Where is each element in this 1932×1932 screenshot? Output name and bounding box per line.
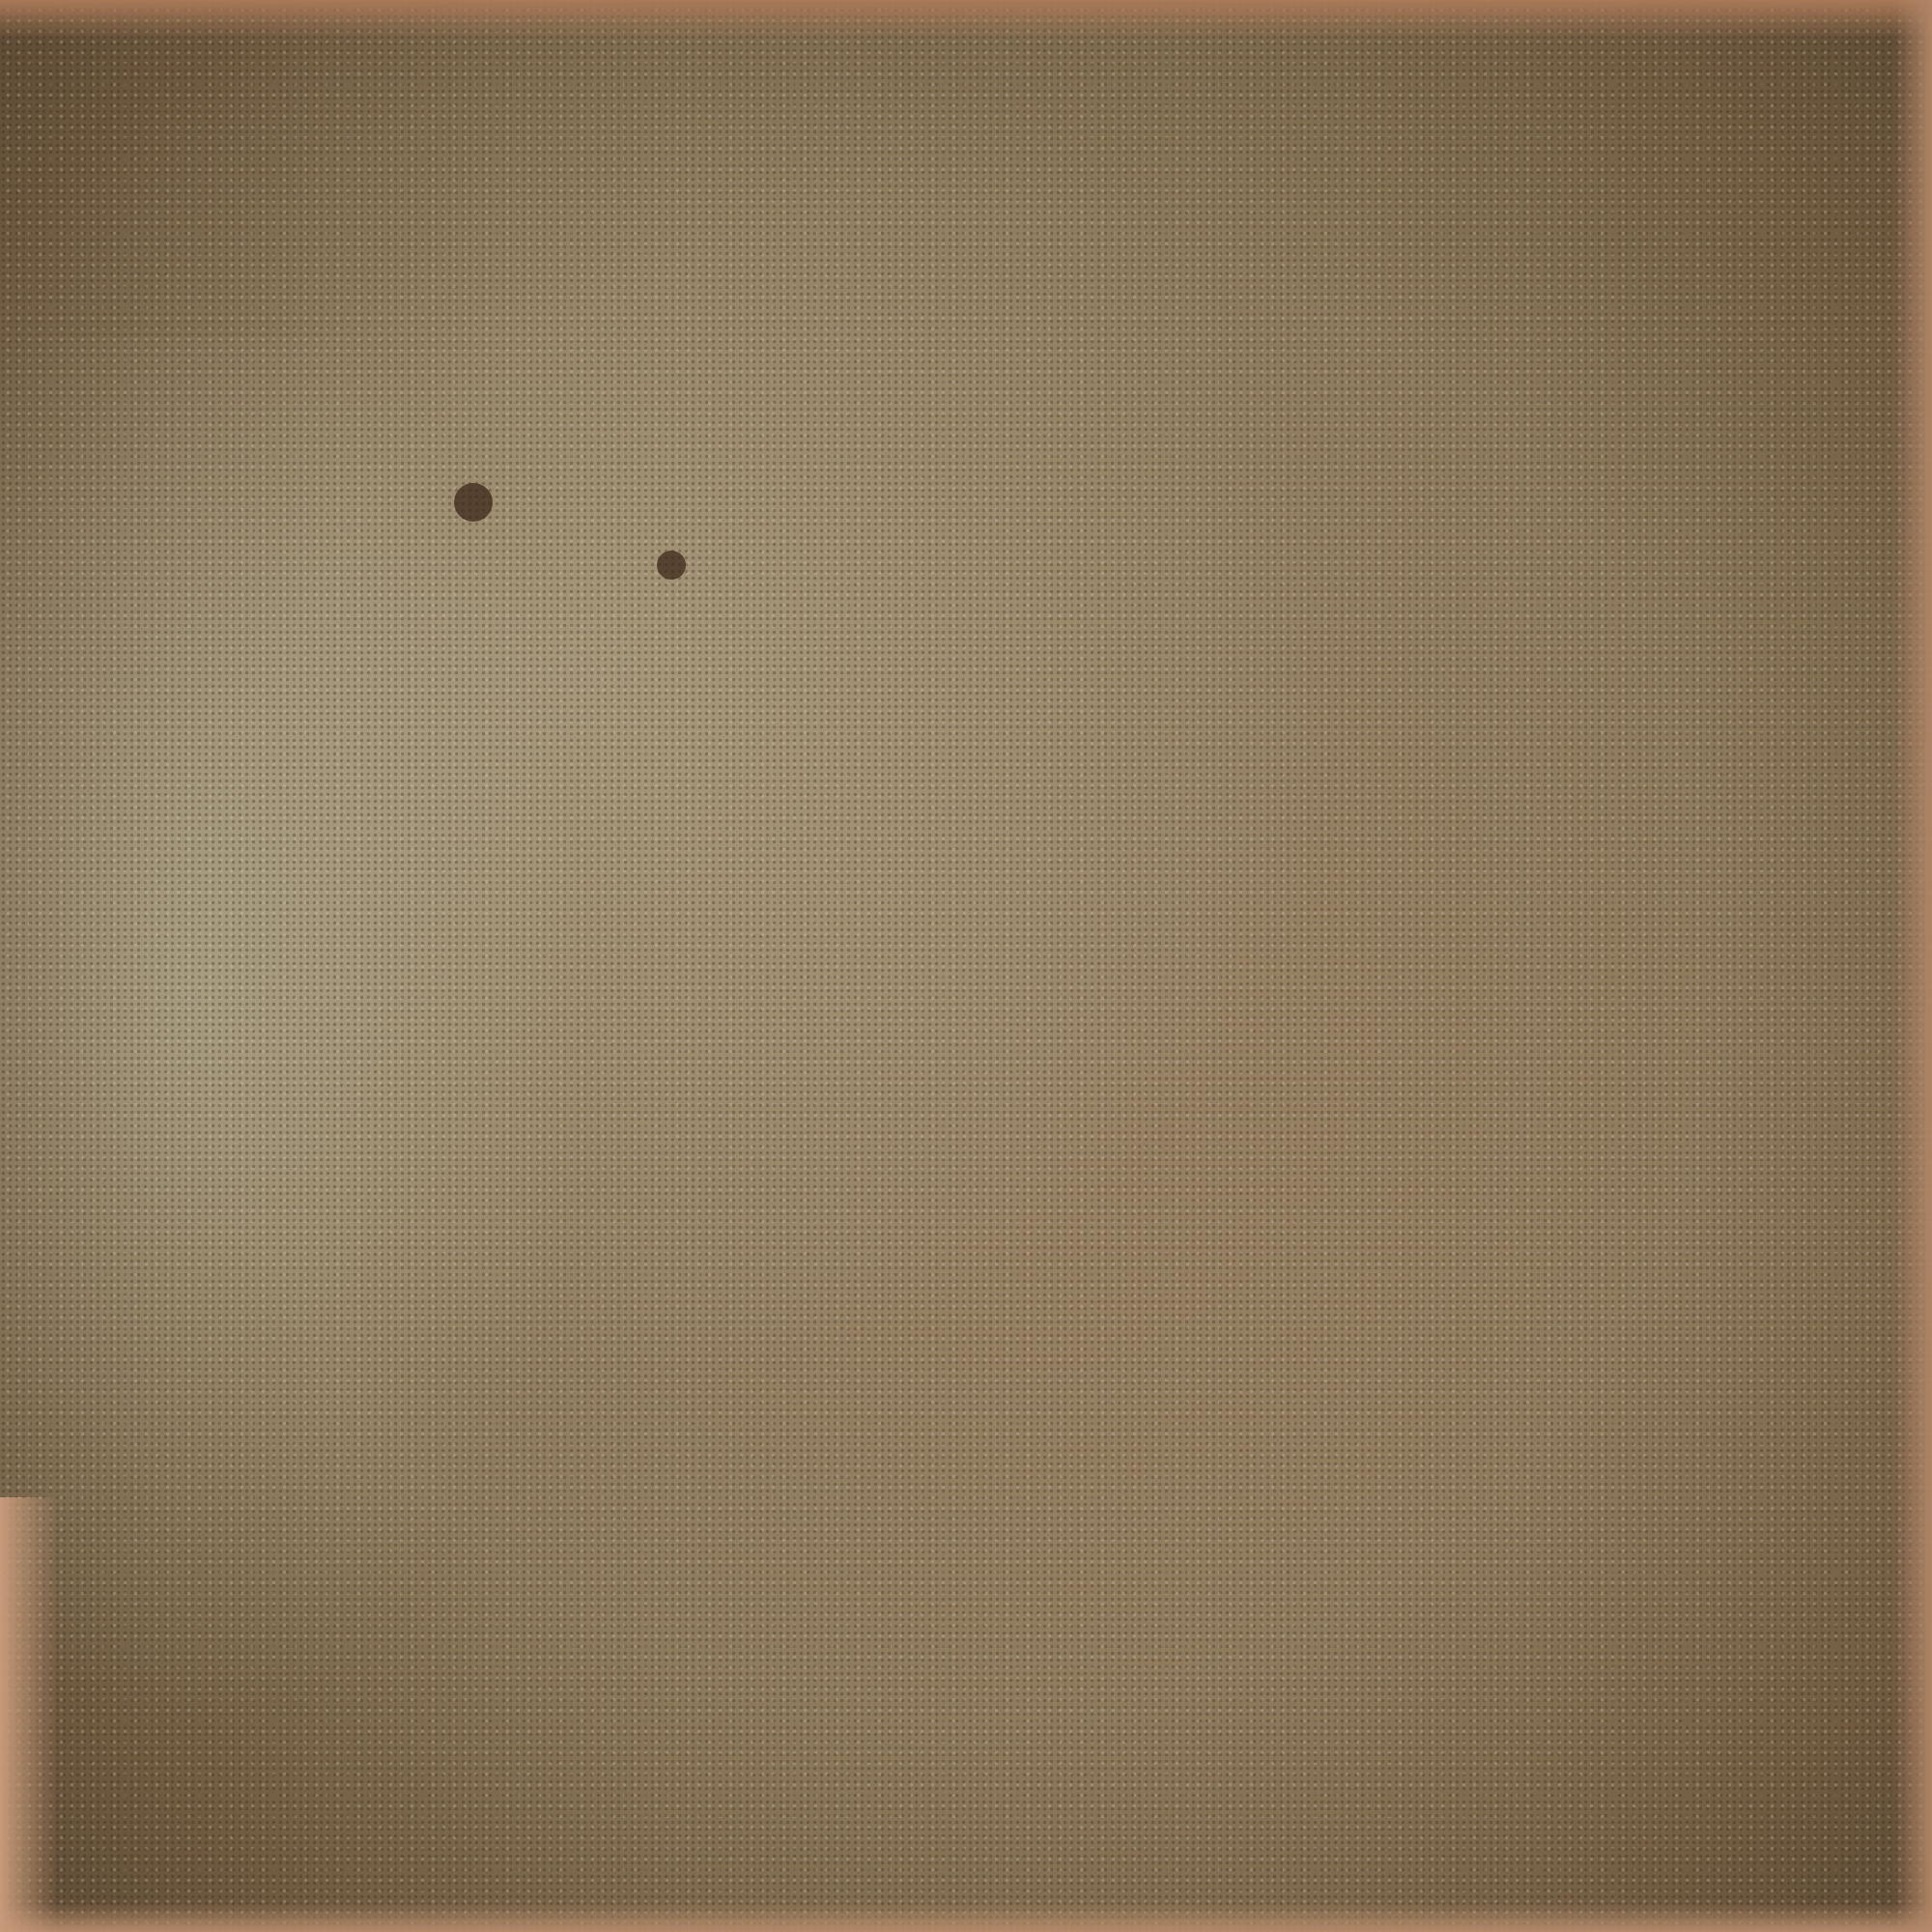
tile-edge-bottom: [0, 1903, 1932, 1932]
tile-edge-top: [0, 0, 1932, 39]
speckle-pattern: [0, 0, 1932, 1932]
dark-spot: [454, 483, 493, 522]
tile-edge-right: [1893, 0, 1932, 1932]
tile-texture: [0, 0, 1932, 1932]
dark-spot: [657, 551, 686, 580]
terracotta-edge-left: [0, 1497, 58, 1932]
